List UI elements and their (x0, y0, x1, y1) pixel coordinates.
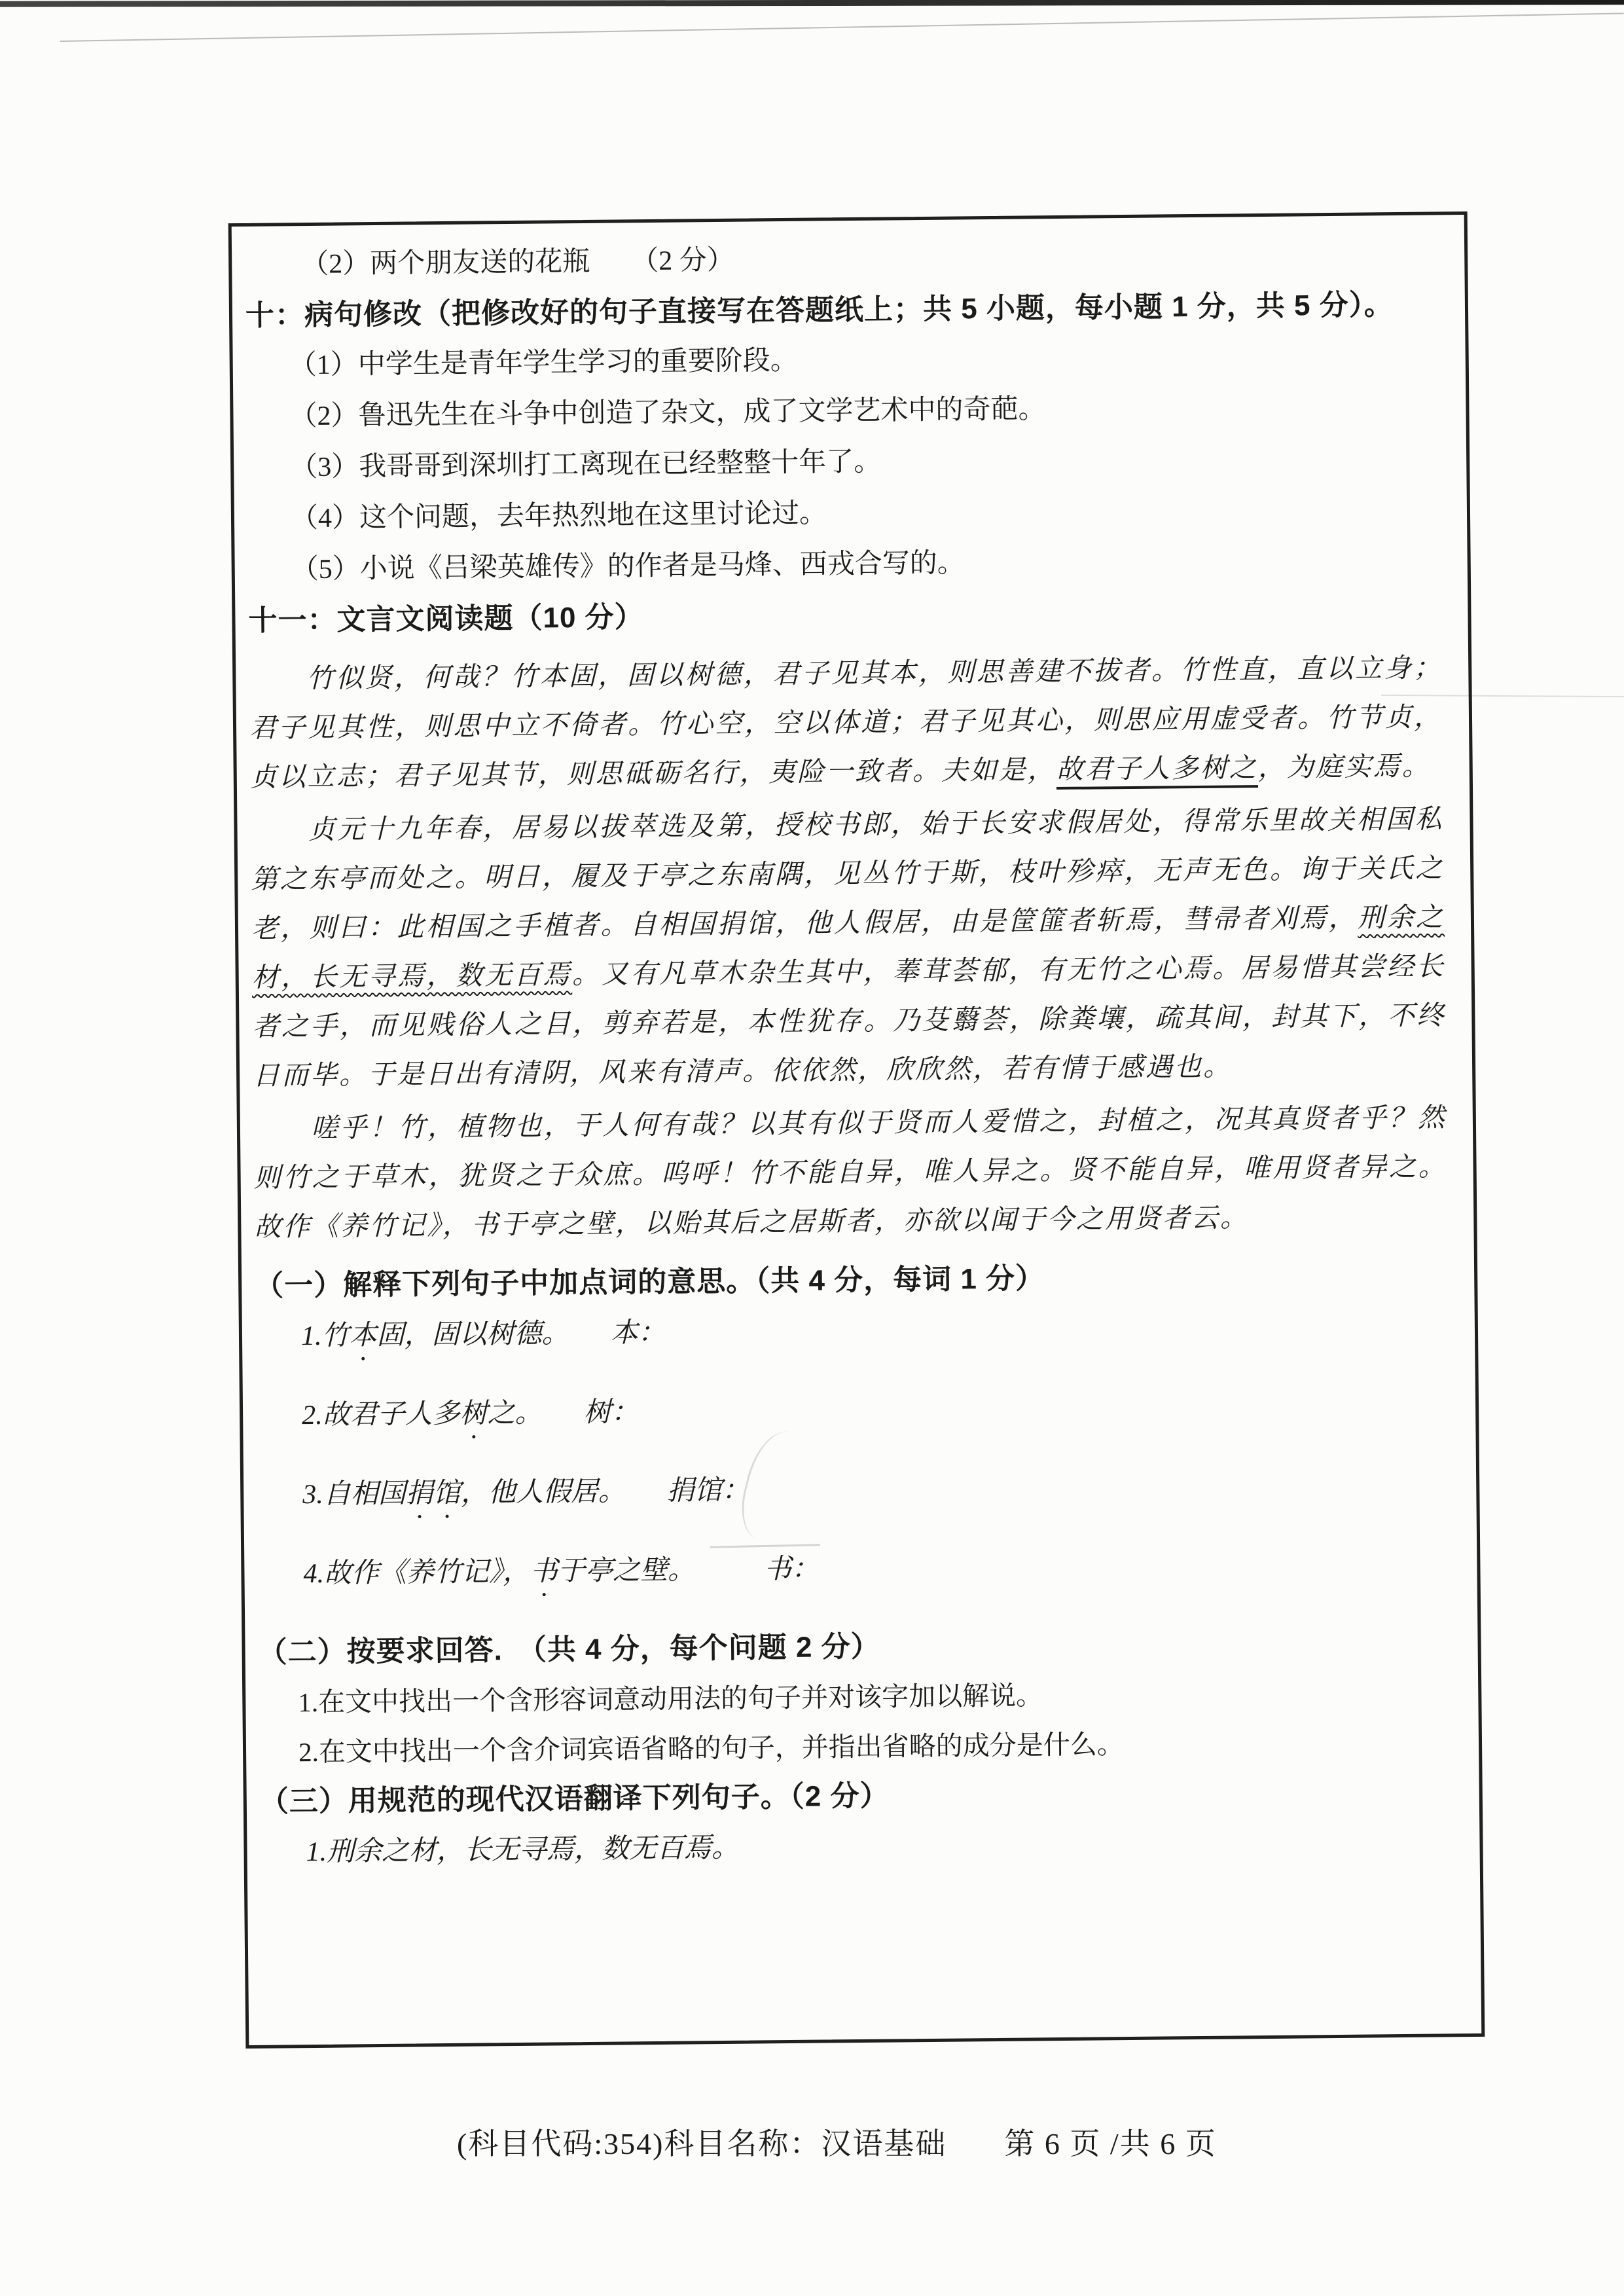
passage-paragraph-2: 贞元十九年春，居易以拔萃选及第，授校书郎，始于长安求假居处，得常乐里故关相国私第… (250, 794, 1446, 1100)
question-2-post: 之。 树： (487, 1397, 638, 1429)
word-meaning-question-2: 2.故君子人多树之。 树： (256, 1387, 1450, 1446)
sick-sentence-item-2: （2）鲁迅先生在斗争中创造了杂文，成了文学艺术中的奇葩。 (246, 389, 1439, 433)
question-2-pre: 2.故君子人多 (302, 1399, 460, 1430)
scan-crease-diagonal (60, 12, 1624, 42)
sick-sentence-item-1: （1）中学生是青年学生学习的重要阶段。 (246, 338, 1439, 382)
exam-content-box: （2）两个朋友送的花瓶 （2 分） 十：病句修改（把修改好的句子直接写在答题纸上… (228, 211, 1485, 2049)
passage-2-text: 贞元十九年春，居易以拔萃选及第，授校书郎，始于长安求假居处，得常乐里故关相国私第… (251, 803, 1444, 943)
question-4-dotted-word: 书 (530, 1556, 558, 1586)
previous-answer-item: （2）两个朋友送的花瓶 （2 分） (245, 237, 1438, 281)
section-eleven-heading: 十一：文言文阅读题（10 分） (248, 593, 1441, 637)
word-meaning-question-1: 1.竹本固，固以树德。 本： (255, 1308, 1449, 1367)
part-two-heading: （二）按要求回答. （共 4 分，每个问题 2 分） (258, 1625, 1451, 1669)
question-3-dotted-word: 捐馆 (406, 1478, 461, 1509)
question-3-pre: 3.自相国 (302, 1479, 406, 1510)
section-ten-heading: 十：病句修改（把修改好的句子直接写在答题纸上；共 5 小题，每小题 1 分，共 … (245, 288, 1439, 332)
sick-sentence-item-3: （3）我哥哥到深圳打工离现在已经整整十年了。 (247, 440, 1440, 484)
question-1-dotted-word: 本 (349, 1321, 376, 1351)
question-4-pre: 4.故作《养竹记》， (303, 1557, 530, 1589)
subject-code: (科目代码:354) (457, 2127, 664, 2160)
scan-top-edge-artifact (0, 0, 1624, 7)
question-2-dotted-word: 树 (460, 1398, 487, 1429)
word-meaning-question-4: 4.故作《养竹记》，书于亭之壁。 书： (257, 1546, 1451, 1605)
question-1-pre: 1.竹 (301, 1321, 350, 1351)
question-4-post: 于亭之壁。 书： (558, 1554, 819, 1587)
page-footer: (科目代码:354)科目名称：汉语基础第 6 页 /共 6 页 (457, 2120, 1217, 2163)
passage-paragraph-1: 竹似贤，何哉？竹本固，固以树德，君子见其本，则思善建不拔者。竹性直，直以立身；君… (249, 643, 1443, 801)
grammar-question-2: 2.在文中找出一个含介词宾语省略的句子，并指出省略的成分是什么。 (259, 1724, 1453, 1768)
sick-sentence-item-5: （5）小说《吕梁英雄传》的作者是马烽、西戎合写的。 (248, 542, 1441, 586)
sick-sentence-item-4: （4）这个问题，去年热烈地在这里讨论过。 (247, 491, 1441, 535)
page-indicator: 第 6 页 /共 6 页 (1004, 2127, 1216, 2160)
word-meaning-question-3: 3.自相国捐馆，他人假居。 捐馆： (257, 1467, 1451, 1525)
question-3-post: ，他人假居。 捐馆： (461, 1476, 749, 1508)
part-three-heading: （三）用规范的现代汉语翻译下列句子。（2 分） (260, 1774, 1453, 1818)
part-one-heading: （一）解释下列句子中加点词的意思。（共 4 分，每词 1 分） (255, 1258, 1448, 1302)
translation-sentence: 1.刑余之材，长无寻焉，数无百焉。 (260, 1824, 1453, 1869)
passage-paragraph-3: 嗟乎！竹，植物也，于人何有哉？以其有似于贤而人爱惜之，封植之，况其真贤者乎？然则… (253, 1093, 1448, 1251)
question-1-post: 固，固以树德。 本： (376, 1318, 665, 1351)
subject-name: 科目名称：汉语基础 (664, 2127, 947, 2160)
grammar-question-1: 1.在文中找出一个含形容词意动用法的句子并对该字加以解说。 (259, 1675, 1452, 1719)
passage-1-underlined-phrase: 故君子人多树之 (1056, 752, 1258, 784)
passage-1-tail: ，为庭实焉。 (1257, 751, 1430, 783)
